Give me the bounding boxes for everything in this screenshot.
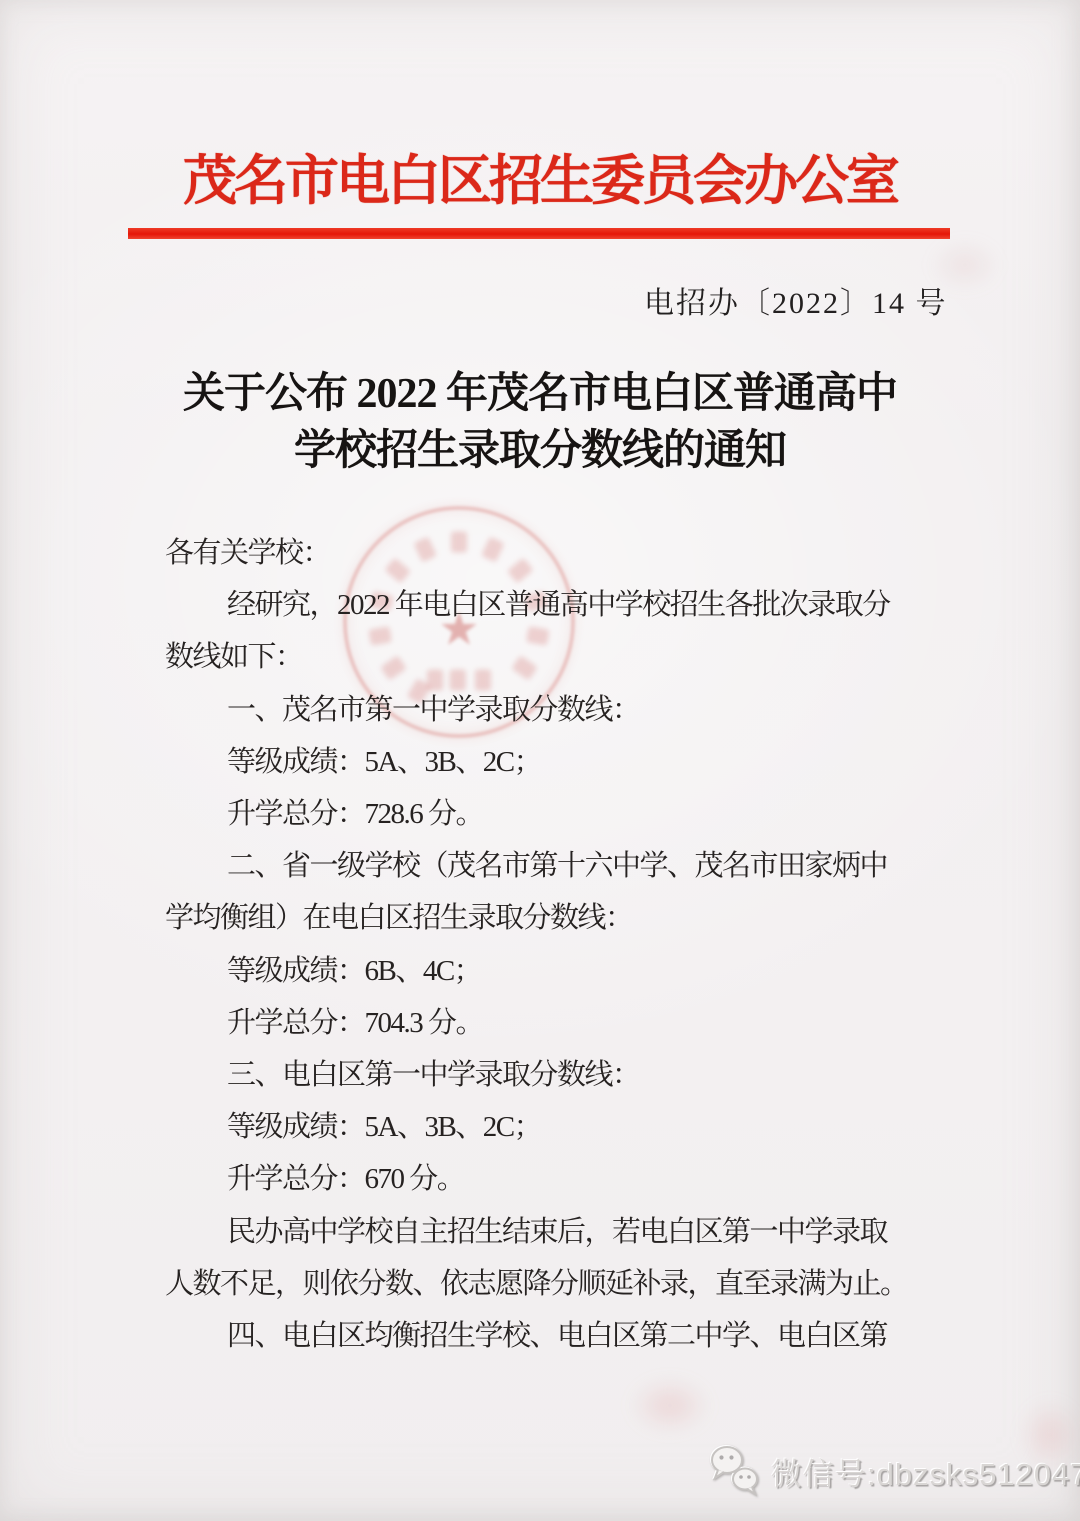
body-line: 等级成绩：5A、3B、2C； [165,736,937,788]
body-line: 升学总分：704.3 分。 [165,997,937,1049]
body-line: 一、茂名市第一中学录取分数线： [165,684,937,736]
body-line: 升学总分：670 分。 [165,1153,937,1205]
body-line: 三、电白区第一中学录取分数线： [165,1049,937,1101]
body-line: 民办高中学校自主招生结束后，若电白区第一中学录取 [165,1206,937,1258]
body-line: 升学总分：728.6 分。 [165,788,937,840]
body-line: 各有关学校： [165,527,937,579]
document-number: 电招办〔2022〕14 号 [644,278,948,322]
body-line: 经研究，2022 年电白区普通高中学校招生各批次录取分 [165,579,937,631]
body-line: 四、电白区均衡招生学校、电白区第二中学、电白区第 [165,1310,937,1362]
scan-smudge [630,1378,710,1433]
scan-smudge [1020,1400,1080,1470]
wechat-icon [708,1443,762,1499]
notice-title-line1: 关于公布 2022 年茂名市电白区普通高中 [0,366,1080,423]
notice-title-line2: 学校招生录取分数线的通知 [0,423,1080,480]
body-text: 各有关学校：经研究，2022 年电白区普通高中学校招生各批次录取分数线如下：一、… [165,527,937,1362]
scanned-document-page: ★ 茂名市电白区招生委员会办公室 电招办〔2022〕14 号 关于公布 2022… [0,0,1080,1521]
letterhead-title: 茂名市电白区招生委员会办公室 [0,138,1080,215]
notice-title: 关于公布 2022 年茂名市电白区普通高中 学校招生录取分数线的通知 [0,366,1080,480]
body-line: 二、省一级学校（茂名市第十六中学、茂名市田家炳中 [165,840,937,892]
wechat-watermark: 微信号:dbzsks5120473 [708,1443,1080,1499]
red-divider-rule [128,228,950,239]
body-line: 人数不足，则依分数、依志愿降分顺延补录，直至录满为止。 [165,1258,937,1310]
body-line: 等级成绩：5A、3B、2C； [165,1101,937,1153]
body-line: 等级成绩：6B、4C； [165,945,937,997]
wechat-id-text: 微信号:dbzsks5120473 [771,1449,1080,1494]
body-line: 学均衡组）在电白区招生录取分数线： [165,892,937,944]
body-line: 数线如下： [165,631,937,683]
